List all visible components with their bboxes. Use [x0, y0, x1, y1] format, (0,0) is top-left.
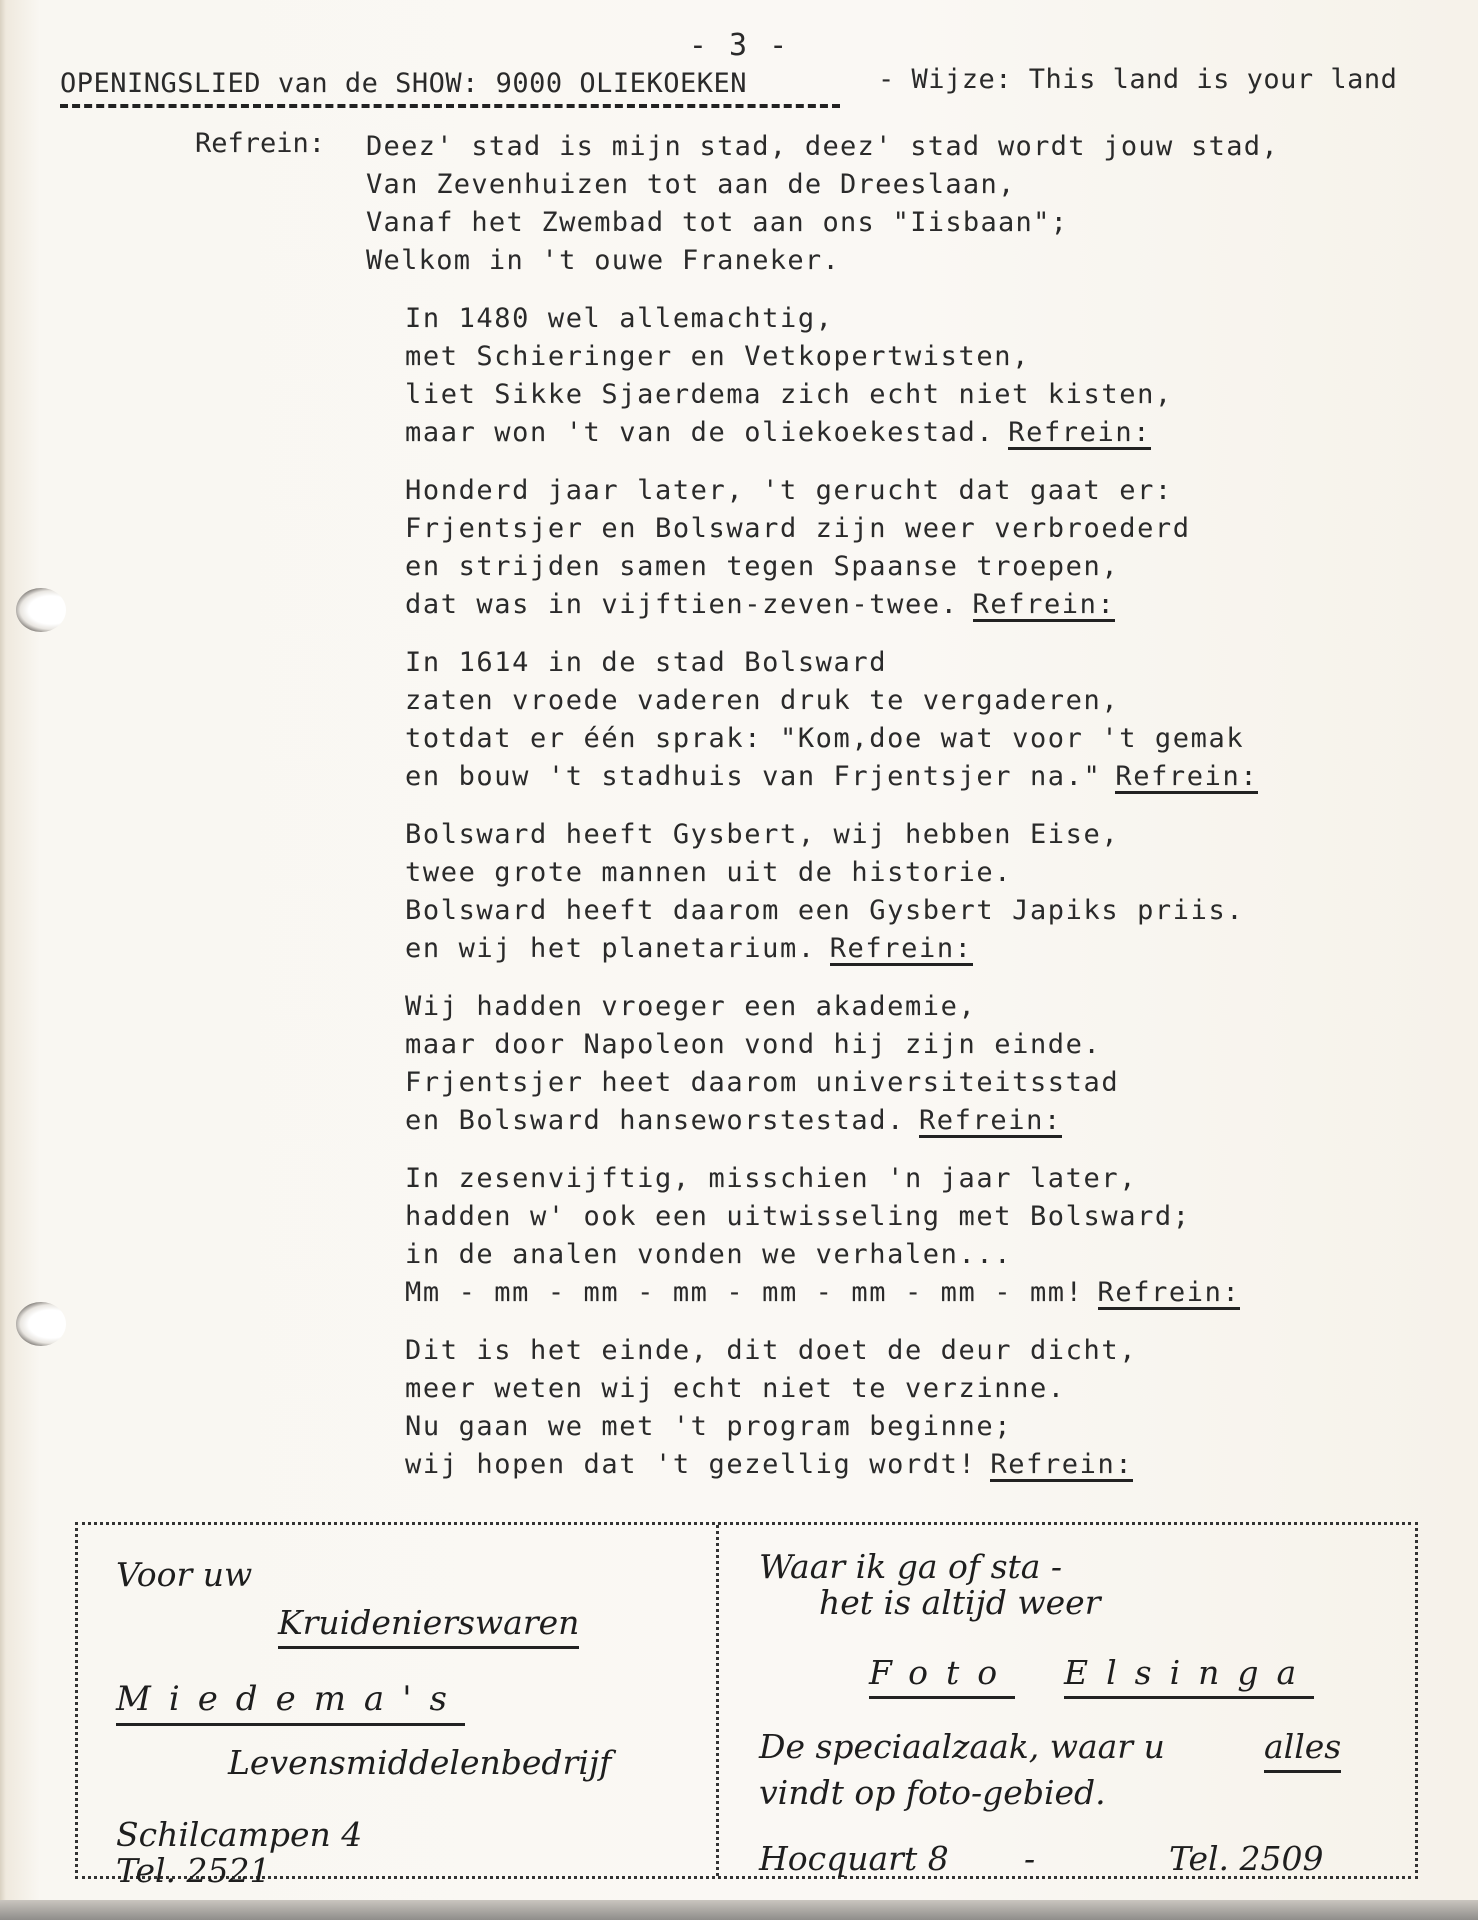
- verse-line-text: en Bolsward hanseworstestad.: [405, 1105, 905, 1136]
- ad-phone: Tel. 2521: [116, 1851, 271, 1890]
- verse-line: Wij hadden vroeger een akademie,: [405, 988, 1258, 1026]
- ad-line1: Waar ik ga of sta -: [759, 1547, 1062, 1586]
- ad-address: Schilcampen 4: [116, 1815, 362, 1854]
- ad-phone: Tel. 2509: [1169, 1839, 1324, 1878]
- ad-business: Levensmiddelenbedrijf: [228, 1743, 611, 1782]
- verse-line-text: hadden w' ook een uitwisseling met Bolsw…: [405, 1201, 1191, 1232]
- verse-line-text: Wij hadden vroeger een akademie,: [405, 991, 976, 1022]
- verse-line: In 1614 in de stad Bolsward: [405, 644, 1258, 682]
- ad-shop-name-2: Elsinga: [1064, 1653, 1314, 1699]
- verse-line: wij hopen dat 't gezellig wordt!Refrein:: [405, 1446, 1258, 1484]
- verse-line-text: Frjentsjer heet daarom universiteitsstad: [405, 1067, 1119, 1098]
- refrain-line: Van Zevenhuizen tot aan de Dreeslaan,: [366, 166, 1279, 204]
- ad-product: Kruidenierswaren: [278, 1603, 579, 1649]
- verse-line: Frjentsjer en Bolsward zijn weer verbroe…: [405, 510, 1258, 548]
- ad-slogan-2: vindt op foto-gebied.: [759, 1773, 1106, 1812]
- verse-line-text: liet Sikke Sjaerdema zich echt niet kist…: [405, 379, 1173, 410]
- verse-line-text: Frjentsjer en Bolsward zijn weer verbroe…: [405, 513, 1191, 544]
- refrain-reference: Refrein:: [1098, 1279, 1241, 1310]
- verse-line: en Bolsward hanseworstestad.Refrein:: [405, 1102, 1258, 1140]
- ad-line2: het is altijd weer: [819, 1583, 1100, 1622]
- verse-line-text: maar won 't van de oliekoekestad.: [405, 417, 994, 448]
- ad-slogan-1: De speciaalzaak, waar u: [759, 1727, 1165, 1766]
- verses: In 1480 wel allemachtig,met Schieringer …: [405, 300, 1258, 1504]
- ad-foto-elsinga: Waar ik ga of sta - het is altijd weer F…: [719, 1525, 1419, 1876]
- ad-intro: Voor uw: [116, 1555, 252, 1594]
- page-number: - 3 -: [0, 28, 1478, 63]
- verse-line: dat was in vijftien-zeven-twee.Refrein:: [405, 586, 1258, 624]
- punch-hole-icon: [16, 588, 66, 632]
- verse-line-text: maar door Napoleon vond hij zijn einde.: [405, 1029, 1101, 1060]
- verse-line-text: Honderd jaar later, 't gerucht dat gaat …: [405, 475, 1173, 506]
- verse-line-text: en wij het planetarium.: [405, 933, 816, 964]
- verse-line-text: In 1614 in de stad Bolsward: [405, 647, 887, 678]
- verse-line-text: twee grote mannen uit de historie.: [405, 857, 1012, 888]
- verse: Honderd jaar later, 't gerucht dat gaat …: [405, 472, 1258, 624]
- verse-line: twee grote mannen uit de historie.: [405, 854, 1258, 892]
- refrain-line: Welkom in 't ouwe Franeker.: [366, 242, 1279, 280]
- verse-line: en wij het planetarium.Refrein:: [405, 930, 1258, 968]
- verse-line: In 1480 wel allemachtig,: [405, 300, 1258, 338]
- verse-line-text: In zesenvijftig, misschien 'n jaar later…: [405, 1163, 1137, 1194]
- refrain-reference: Refrein:: [1008, 419, 1151, 450]
- title-underline: [60, 104, 840, 108]
- refrain-label: Refrein:: [195, 128, 325, 159]
- verse-line-text: zaten vroede vaderen druk te vergaderen,: [405, 685, 1119, 716]
- verse-line: totdat er één sprak: "Kom,doe wat voor '…: [405, 720, 1258, 758]
- verse-line: In zesenvijftig, misschien 'n jaar later…: [405, 1160, 1258, 1198]
- verse-line-text: in de analen vonden we verhalen...: [405, 1239, 1012, 1270]
- refrain-reference: Refrein:: [973, 591, 1116, 622]
- verse: In 1614 in de stad Bolswardzaten vroede …: [405, 644, 1258, 796]
- refrain-line: Deez' stad is mijn stad, deez' stad word…: [366, 128, 1279, 166]
- ad-address: Hocquart 8: [759, 1839, 949, 1878]
- verse-line-text: Bolsward heeft Gysbert, wij hebben Eise,: [405, 819, 1119, 850]
- verse-line-text: wij hopen dat 't gezellig wordt!: [405, 1449, 976, 1480]
- verse-line: zaten vroede vaderen druk te vergaderen,: [405, 682, 1258, 720]
- verse: Wij hadden vroeger een akademie,maar doo…: [405, 988, 1258, 1140]
- verse-line-text: en strijden samen tegen Spaanse troepen,: [405, 551, 1119, 582]
- ad-miedema: Voor uw Kruidenierswaren Miedema's Leven…: [78, 1525, 716, 1876]
- verse-line: Frjentsjer heet daarom universiteitsstad: [405, 1064, 1258, 1102]
- verse-line: hadden w' ook een uitwisseling met Bolsw…: [405, 1198, 1258, 1236]
- verse: Bolsward heeft Gysbert, wij hebben Eise,…: [405, 816, 1258, 968]
- ad-separator: -: [1024, 1839, 1035, 1878]
- verse-line-text: Bolsward heeft daarom een Gysbert Japiks…: [405, 895, 1244, 926]
- refrain-reference: Refrein:: [919, 1107, 1062, 1138]
- verse-line-text: totdat er één sprak: "Kom,doe wat voor '…: [405, 723, 1244, 754]
- verse-line-text: Dit is het einde, dit doet de deur dicht…: [405, 1335, 1137, 1366]
- refrain-reference: Refrein:: [1115, 763, 1258, 794]
- verse-line-text: dat was in vijftien-zeven-twee.: [405, 589, 959, 620]
- scan-edge: [0, 1900, 1478, 1920]
- verse-line: met Schieringer en Vetkopertwisten,: [405, 338, 1258, 376]
- verse-line: en strijden samen tegen Spaanse troepen,: [405, 548, 1258, 586]
- verse-line: Nu gaan we met 't program beginne;: [405, 1408, 1258, 1446]
- advertisement-box: Voor uw Kruidenierswaren Miedema's Leven…: [75, 1522, 1418, 1879]
- verse-line: in de analen vonden we verhalen...: [405, 1236, 1258, 1274]
- verse-line-text: Mm - mm - mm - mm - mm - mm - mm - mm!: [405, 1277, 1084, 1308]
- verse-line: Bolsward heeft Gysbert, wij hebben Eise,: [405, 816, 1258, 854]
- ad-shop-name-1: Foto: [869, 1653, 1015, 1699]
- verse-line: Bolsward heeft daarom een Gysbert Japiks…: [405, 892, 1258, 930]
- verse-line: Dit is het einde, dit doet de deur dicht…: [405, 1332, 1258, 1370]
- verse-line-text: Nu gaan we met 't program beginne;: [405, 1411, 1012, 1442]
- verse: In zesenvijftig, misschien 'n jaar later…: [405, 1160, 1258, 1312]
- verse-line: liet Sikke Sjaerdema zich echt niet kist…: [405, 376, 1258, 414]
- song-title: OPENINGSLIED van de SHOW: 9000 OLIEKOEKE…: [60, 68, 747, 99]
- verse-line-text: In 1480 wel allemachtig,: [405, 303, 834, 334]
- punch-hole-icon: [16, 1302, 66, 1346]
- verse-line: en bouw 't stadhuis van Frjentsjer na."R…: [405, 758, 1258, 796]
- verse-line: Mm - mm - mm - mm - mm - mm - mm - mm!Re…: [405, 1274, 1258, 1312]
- refrain-line: Vanaf het Zwembad tot aan ons "Iisbaan";: [366, 204, 1279, 242]
- verse-line: maar door Napoleon vond hij zijn einde.: [405, 1026, 1258, 1064]
- refrain-text: Deez' stad is mijn stad, deez' stad word…: [366, 128, 1279, 280]
- verse-line-text: en bouw 't stadhuis van Frjentsjer na.": [405, 761, 1101, 792]
- ad-slogan-emph: alles: [1264, 1727, 1341, 1773]
- verse: In 1480 wel allemachtig,met Schieringer …: [405, 300, 1258, 452]
- verse-line-text: meer weten wij echt niet te verzinne.: [405, 1373, 1066, 1404]
- song-tune: - Wijze: This land is your land: [878, 64, 1397, 95]
- refrain-reference: Refrein:: [830, 935, 973, 966]
- ad-shop-name: Miedema's: [116, 1679, 465, 1726]
- verse-line: meer weten wij echt niet te verzinne.: [405, 1370, 1258, 1408]
- verse-line: maar won 't van de oliekoekestad.Refrein…: [405, 414, 1258, 452]
- verse-line-text: met Schieringer en Vetkopertwisten,: [405, 341, 1030, 372]
- verse-line: Honderd jaar later, 't gerucht dat gaat …: [405, 472, 1258, 510]
- refrain-reference: Refrein:: [990, 1451, 1133, 1482]
- verse: Dit is het einde, dit doet de deur dicht…: [405, 1332, 1258, 1484]
